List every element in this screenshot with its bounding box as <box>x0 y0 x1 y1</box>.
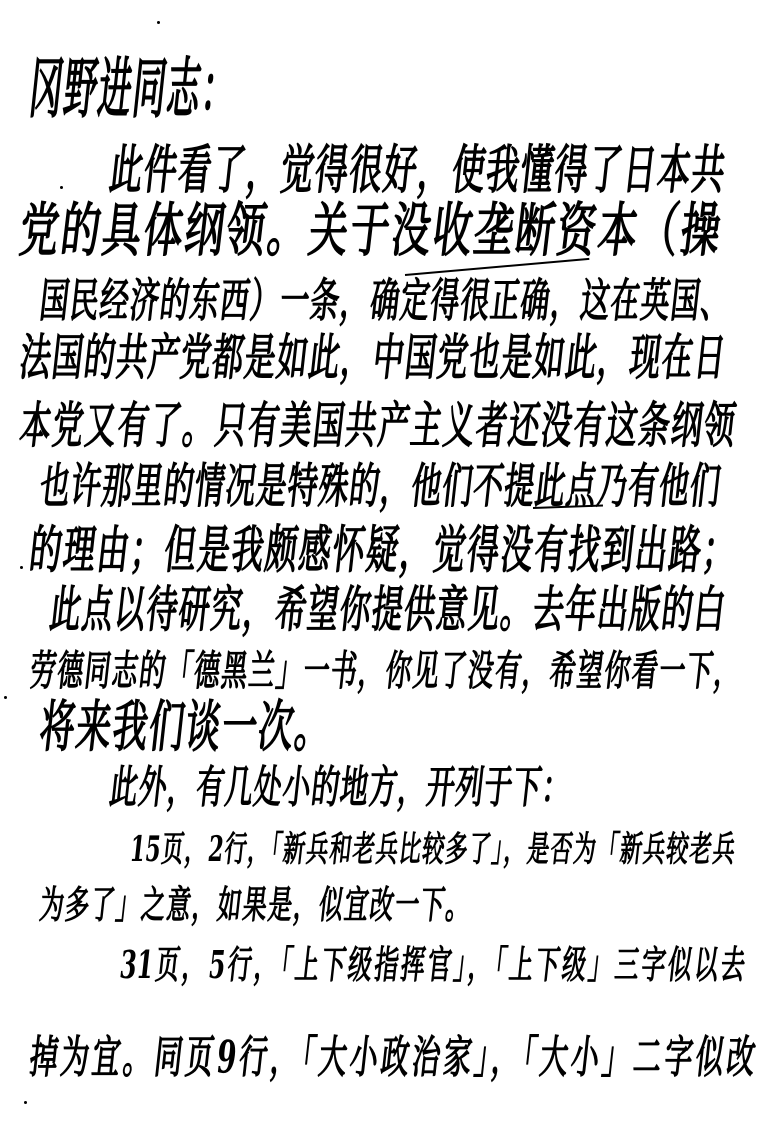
scan-speck <box>20 566 23 569</box>
letter-line: 法国的共产党都是如此，中国党也是如此，现在日 <box>17 335 727 385</box>
letter-line: 此外，有几处小的地方，开列于下： <box>108 766 573 811</box>
letter-line: 的理由；但是我颇感怀疑，觉得没有找到出路； <box>27 524 738 575</box>
scan-speck <box>60 186 63 189</box>
handwritten-letter-page: 冈野进同志： 此件看了，觉得很好，使我懂得了日本共 党的具体纲领。关于没收垄断资… <box>0 0 766 1121</box>
scan-speck <box>24 1101 27 1104</box>
letter-line: 掉为宜。同页9行，「大小政治家」，「大小」二字似改 <box>28 1036 758 1081</box>
letter-line: 本党又有了。只有美国共产主义者还没有这条纲领 <box>17 403 737 453</box>
scan-speck <box>157 21 160 24</box>
letter-line: 15页，2行，「新兵和老兵比较多了」，是否为「新兵较老兵 <box>128 832 737 867</box>
scan-speck <box>4 696 7 699</box>
letter-line: 此件看了，觉得很好，使我懂得了日本共 <box>107 143 728 196</box>
letter-line: 党的具体纲领。关于没收垄断资本（操 <box>17 202 724 261</box>
letter-line: 劳德同志的「德黑兰」一书，你见了没有，希望你看一下， <box>28 651 743 693</box>
letter-line: 将来我们谈一次。 <box>37 700 333 756</box>
letter-line: 为多了」之意，如果是，似宜改一下。 <box>38 886 472 924</box>
letter-line: 国民经济的东西）一条，确定得很正确，这在英国、 <box>37 278 732 324</box>
letter-line: 此点以待研究，希望你提供意见。去年出版的白 <box>47 587 727 637</box>
letter-salutation: 冈野进同志： <box>26 56 238 122</box>
letter-line: 也许那里的情况是特殊的，他们不提此点乃有他们 <box>37 464 722 512</box>
letter-line: 31页，5行，「上下级指挥官」，「上下级」三字似以去 <box>118 946 747 984</box>
